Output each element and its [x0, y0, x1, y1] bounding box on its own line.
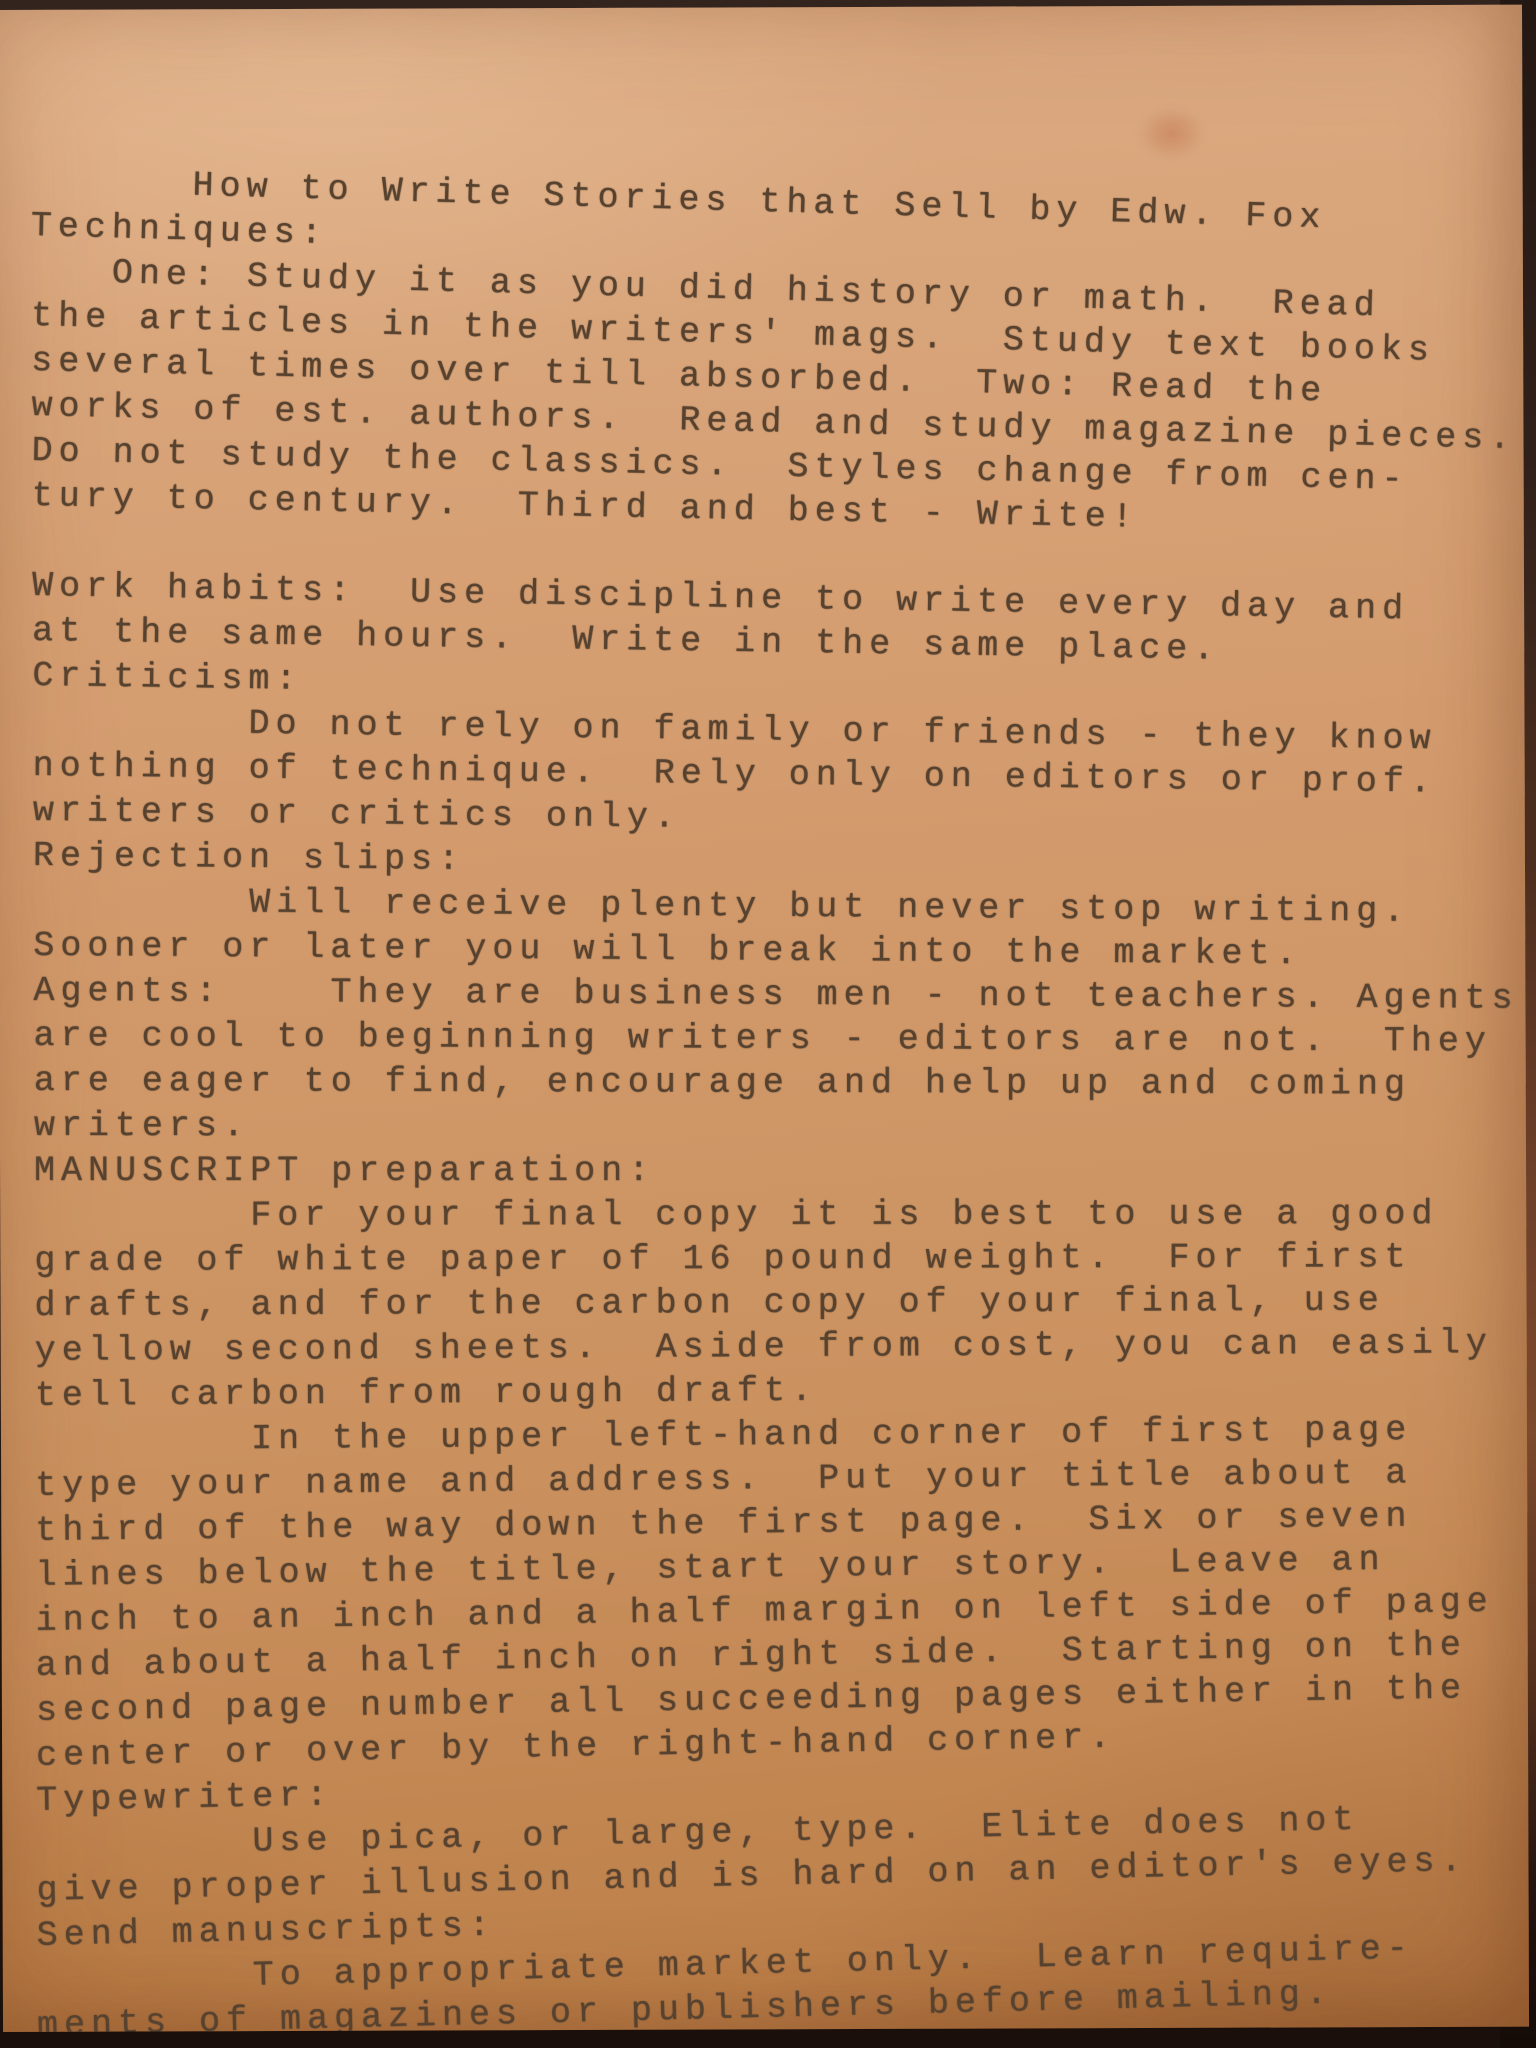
text-line: are cool to beginning writers - editors …: [33, 1014, 1525, 1065]
text-line-content: tell carbon from rough draft.: [35, 1371, 818, 1416]
text-line-content: yellow second sheets. Aside from cost, y…: [35, 1323, 1493, 1371]
text-line-content: drafts, and for the carbon copy of your …: [34, 1281, 1384, 1326]
text-line-content: Techniques:: [30, 206, 328, 254]
text-line-content: Send manuscripts:: [36, 1906, 496, 1956]
typewritten-page: How to Write Stories that Sell by Edw. F…: [0, 5, 1529, 2032]
photo-backdrop: How to Write Stories that Sell by Edw. F…: [0, 0, 1536, 2048]
text-line-content: Agents: They are business men - not teac…: [33, 971, 1518, 1019]
text-line-content: Criticism:: [32, 656, 303, 700]
text-line: MANUSCRIPT preparation:: [34, 1149, 1526, 1194]
text-line-content: For your final copy it is best to use a …: [34, 1194, 1438, 1236]
text-line: For your final copy it is best to use a …: [34, 1192, 1526, 1239]
text-line-content: Sooner or later you will break into the …: [33, 926, 1302, 974]
text-line: are eager to find, encourage and help up…: [34, 1059, 1526, 1108]
text-line-content: are eager to find, encourage and help up…: [34, 1061, 1411, 1105]
text-line: grade of white paper of 16 pound weight.…: [34, 1235, 1526, 1284]
text-line-content: writers or critics only.: [33, 791, 681, 838]
text-line-content: grade of white paper of 16 pound weight.…: [34, 1237, 1411, 1281]
text-line-content: Will receive plenty but never stop writi…: [33, 881, 1410, 932]
text-line: writers.: [34, 1104, 1526, 1151]
text-line-content: MANUSCRIPT preparation:: [34, 1151, 655, 1191]
text-line-content: Rejection slips:: [33, 836, 465, 880]
typewritten-text: How to Write Stories that Sell by Edw. F…: [30, 19, 1529, 2032]
text-line: Agents: They are business men - not teac…: [33, 969, 1525, 1022]
text-line-content: Typewriter:: [36, 1775, 334, 1820]
text-line-content: are cool to beginning writers - editors …: [34, 1016, 1492, 1062]
text-line-content: writers.: [34, 1106, 250, 1146]
